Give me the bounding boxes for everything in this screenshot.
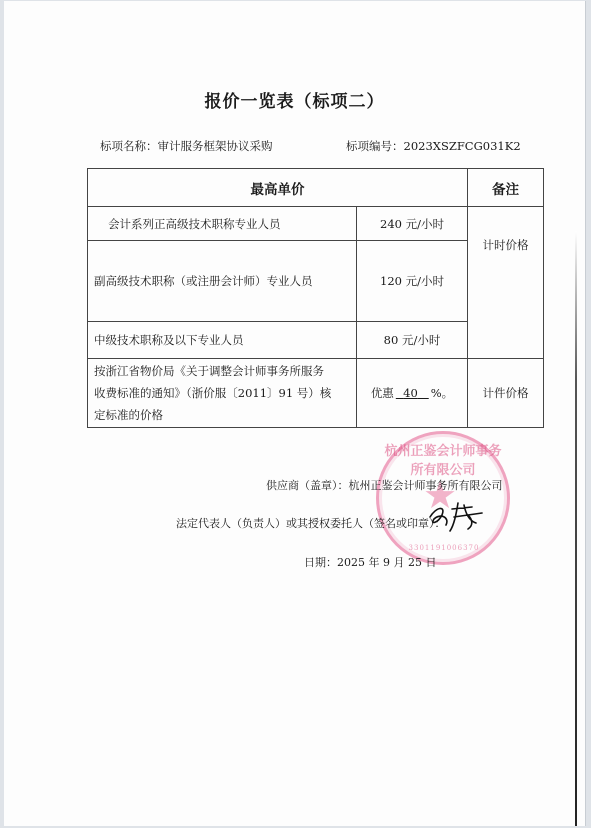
discount-suffix: %。: [431, 386, 453, 400]
page-title: 报价一览表（标项二）: [4, 87, 585, 112]
row-remark-piece: 计件价格: [468, 359, 544, 428]
legal-rep-line: 法定代表人（负责人）或其授权委托人（签名或印章）：: [176, 515, 446, 531]
discount-prefix: 优惠: [371, 386, 394, 400]
signature-icon: [424, 495, 494, 535]
price-table: 最高单价 备注 会计系列正高级技术职称专业人员 240 元/小时 计时价格 副高…: [87, 168, 544, 428]
row-item-line: 按浙江省物价局《关于调整会计师事务所服务: [94, 360, 356, 382]
header-max-unit-price: 最高单价: [88, 169, 468, 207]
row-item-line: 定标准的价格: [94, 404, 356, 426]
table-header-row: 最高单价 备注: [88, 169, 544, 207]
project-code: 标项编号：2023XSZFCG031K2: [346, 138, 521, 154]
document-page: 报价一览表（标项二） 标项名称：审计服务框架协议采购 标项编号：2023XSZF…: [4, 1, 586, 826]
row-price: 240 元/小时: [357, 207, 468, 241]
row-remark-hourly: 计时价格: [468, 207, 544, 359]
seal-number: 3301191006370: [399, 544, 489, 552]
table-row: 会计系列正高级技术职称专业人员 240 元/小时 计时价格: [88, 207, 544, 241]
header-remark: 备注: [468, 169, 544, 207]
discount-value: 40: [394, 386, 431, 400]
row-item: 会计系列正高级技术职称专业人员: [88, 207, 357, 241]
supplier-line: 供应商（盖章）：杭州正鉴会计师事务所有限公司: [266, 477, 503, 493]
row-price: 80 元/小时: [357, 322, 468, 359]
row-item: 按浙江省物价局《关于调整会计师事务所服务 收费标准的通知》（浙价服〔2011〕9…: [88, 359, 357, 428]
date-line: 日期：2025 年 9 月 25 日: [304, 554, 436, 570]
row-item-line: 收费标准的通知》（浙价服〔2011〕91 号）核: [94, 382, 356, 404]
row-price: 120 元/小时: [357, 241, 468, 322]
scan-edge-line: [575, 231, 577, 826]
row-price: 优惠 40 %。: [357, 359, 468, 428]
row-item: 中级技术职称及以下专业人员: [88, 322, 357, 359]
project-name: 标项名称：审计服务框架协议采购: [100, 138, 273, 154]
table-row: 按浙江省物价局《关于调整会计师事务所服务 收费标准的通知》（浙价服〔2011〕9…: [88, 359, 544, 428]
row-item: 副高级技术职称（或注册会计师）专业人员: [88, 241, 357, 322]
